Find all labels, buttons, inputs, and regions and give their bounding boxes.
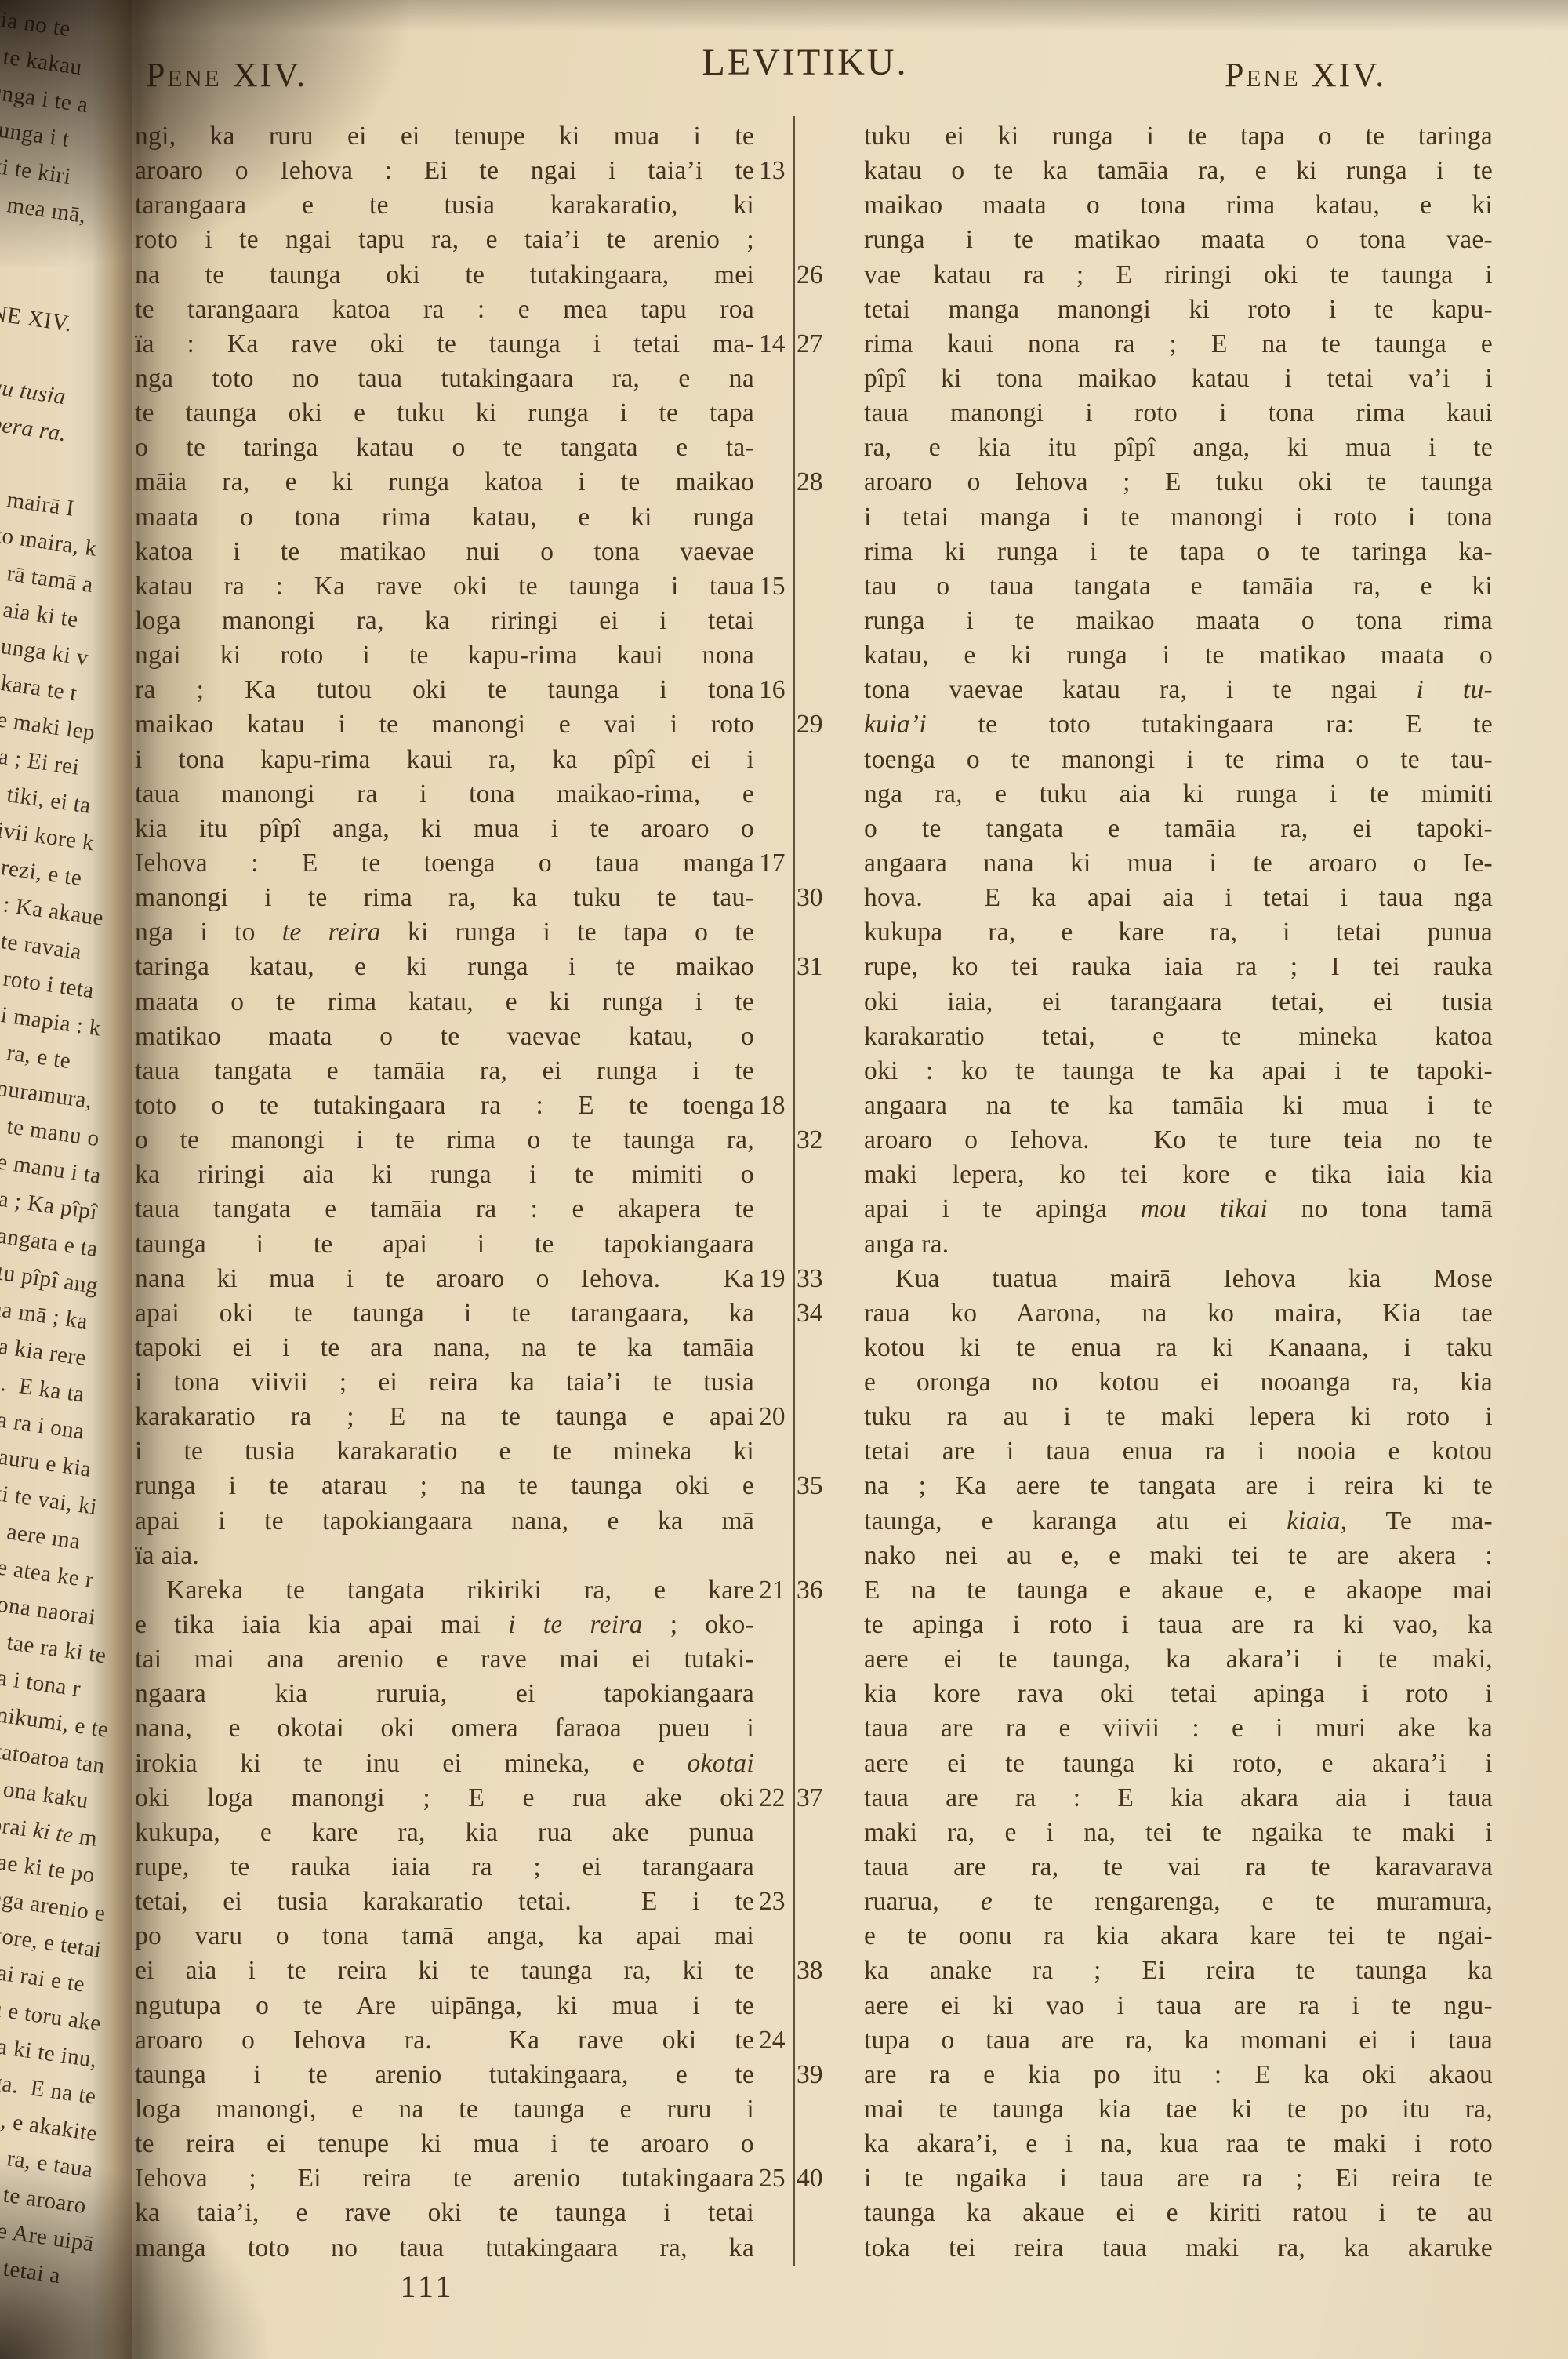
verse-number: 38 <box>797 1954 847 1988</box>
scanned-book-page: eia no tei te kakauunga i te arunga i tk… <box>0 0 1568 2359</box>
verse-text: E na te taunga e akaue e, e akaope mai <box>864 1576 1493 1605</box>
verse-text: irokia ki te inu ei mineka, e okotai <box>135 1749 754 1778</box>
verse-number: 34 <box>797 1296 847 1331</box>
text-line: hova. E ka apai aia i tetai i taua nga30 <box>864 881 1493 915</box>
text-line: ka riringi aia ki runga i te mimiti o <box>135 1158 754 1192</box>
text-line: tetai, ei tusia karakaratio tetai. E i t… <box>135 1885 754 1919</box>
verse-text: kia itu pîpî anga, ki mua i te aroaro o <box>135 814 754 843</box>
text-line: kotou ki te enua ra ki Kanaana, i taku <box>864 1331 1493 1365</box>
verse-text: runga i te atarau ; na te taunga oki e <box>135 1471 754 1500</box>
verse-text: tona vaevae katau ra, i te ngai i tu- <box>864 675 1493 704</box>
verse-text: apai i te apinga mou tikai no tona tamā <box>864 1194 1493 1223</box>
verse-text: aere ei ki vao i taua are ra i te ngu- <box>864 1991 1493 2020</box>
verse-text: raua ko Aarona, na ko maira, Kia tae <box>864 1299 1493 1328</box>
text-line: tona vaevae katau ra, i te ngai i tu- <box>864 673 1493 707</box>
text-line: katau o te ka tamāia ra, e ki runga i te <box>864 154 1493 188</box>
verse-text: nana ki mua i te aroaro o Iehova. Ka <box>135 1264 754 1293</box>
text-line: aere ei te taunga, ka akara’i i te maki, <box>864 1642 1493 1677</box>
verse-number: 24 <box>759 2023 806 2058</box>
text-line: runga i te matikao maata o tona vae- <box>864 223 1493 257</box>
text-line: ei aia i te reira ki te taunga ra, ki te <box>135 1954 754 1988</box>
verse-text: o te tangata e tamāia ra, ei tapoki- <box>864 814 1493 843</box>
verse-number: 28 <box>797 465 847 500</box>
verse-text: taunga i te arenio tutakingaara, e te <box>135 2060 754 2089</box>
verse-text: tuku ra au i te maki lepera ki roto i <box>864 1402 1493 1431</box>
verse-number: 17 <box>759 846 806 881</box>
text-line: loga manongi, e na te taunga e ruru i <box>135 2092 754 2127</box>
verse-text: te reira ei tenupe ki mua i te aroaro o <box>135 2129 754 2158</box>
verse-number: 31 <box>797 950 847 984</box>
verse-text: na te taunga oki te tutakingaara, mei <box>135 260 754 289</box>
text-line: ïa : Ka rave oki te taunga i tetai ma-14 <box>135 327 754 362</box>
text-line: te apinga i roto i taua are ra ki vao, k… <box>864 1608 1493 1642</box>
verse-number: 18 <box>759 1089 806 1123</box>
text-line: na te taunga oki te tutakingaara, mei <box>135 258 754 293</box>
verse-text: maki ra, e i na, tei te ngaika te maki i <box>864 1818 1493 1847</box>
text-line: irokia ki te inu ei mineka, e okotai <box>135 1747 754 1781</box>
text-line: taunga, e karanga atu ei kiaia, Te ma- <box>864 1504 1493 1539</box>
verse-text: Kareka te tangata rikiriki ra, e kare <box>166 1576 754 1605</box>
verse-text: anga ra. <box>864 1230 949 1259</box>
text-line: anga ra. <box>864 1227 1493 1262</box>
facing-page-edge: eia no tei te kakauunga i te arunga i tk… <box>0 0 132 2359</box>
verse-text: ka taia’i, e rave oki te taunga i tetai <box>135 2198 754 2227</box>
verse-text: Kua tuatua mairā Iehova kia Mose <box>895 1264 1493 1293</box>
text-line: aere ei te taunga ki roto, e akara’i i <box>864 1747 1493 1781</box>
verse-text: are ra e kia po itu : E ka oki akaou <box>864 2060 1493 2089</box>
text-line: o te tangata e tamāia ra, ei tapoki- <box>864 812 1493 846</box>
text-line: nga i to te reira ki runga i te tapa o t… <box>135 915 754 950</box>
photo-vignette-top <box>0 0 1568 31</box>
text-line: taua tangata e tamāia ra : e akapera te <box>135 1192 754 1227</box>
text-line: tapoki ei i te ara nana, na te ka tamāia <box>135 1331 754 1365</box>
verse-text: ka anake ra ; Ei reira te taunga ka <box>864 1956 1493 1985</box>
text-line: roto i te ngai tapu ra, e taia’i te aren… <box>135 223 754 257</box>
text-line: ïa aia. <box>135 1539 754 1573</box>
verse-text: nga i to te reira ki runga i te tapa o t… <box>135 918 754 947</box>
verse-text: tai mai ana arenio e rave mai ei tutaki- <box>135 1645 754 1674</box>
verse-text: manga toto no taua tutakingaara ra, ka <box>135 2234 754 2263</box>
verse-text: e oronga no kotou ei nooanga ra, kia <box>864 1368 1493 1397</box>
running-head-right: Pene XIV. <box>1225 55 1386 95</box>
text-line: e te oonu ra kia akara kare tei te ngai- <box>864 1919 1493 1954</box>
text-line: maata o te rima katau, e ki runga i te <box>135 985 754 1020</box>
text-line: kukupa ra, e kare ra, i tetai punua <box>864 915 1493 950</box>
verse-text: na ; Ka aere te tangata are i reira ki t… <box>864 1471 1493 1500</box>
verse-number: 30 <box>797 881 847 915</box>
text-line: o te manongi i te rima o te taunga ra, <box>135 1123 754 1158</box>
verse-text: katau, e ki runga i te matikao maata o <box>864 641 1493 670</box>
verse-text: nga toto no taua tutakingaara ra, e na <box>135 364 754 393</box>
text-line: oki iaia, ei tarangaara tetai, ei tusia <box>864 985 1493 1020</box>
text-line: ngai ki roto i te kapu-rima kaui nona <box>135 638 754 673</box>
text-line: katau, e ki runga i te matikao maata o <box>864 638 1493 673</box>
verse-text: i te tusia karakaratio e te mineka ki <box>135 1437 754 1466</box>
text-line: runga i te maikao maata o tona rima <box>864 604 1493 638</box>
verse-text: tetai manga manongi ki roto i te kapu- <box>864 295 1493 324</box>
text-line: tupa o taua are ra, ka momani ei i taua <box>864 2023 1493 2058</box>
text-line: E na te taunga e akaue e, e akaope mai36 <box>864 1573 1493 1608</box>
verse-text: taua manongi i roto i tona rima kaui <box>864 398 1493 427</box>
text-line: tai mai ana arenio e rave mai ei tutaki- <box>135 1642 754 1677</box>
verse-text: e te oonu ra kia akara kare tei te ngai- <box>864 1921 1493 1950</box>
text-line: aere ei ki vao i taua are ra i te ngu- <box>864 1989 1493 2023</box>
verse-text: oki : ko te taunga te ka apai i te tapok… <box>864 1056 1493 1085</box>
text-line: taringa katau, e ki runga i te maikao <box>135 950 754 984</box>
verse-text: taunga ka akaue ei e kiriti ratou i te a… <box>864 2198 1493 2227</box>
verse-number: 37 <box>797 1781 847 1816</box>
text-line: rupe, ko tei rauka iaia ra ; I tei rauka… <box>864 950 1493 984</box>
book-title: LEVITIKU. <box>674 41 936 84</box>
text-line: ra ; Ka tutou oki te taunga i tona16 <box>135 673 754 707</box>
verse-text: aroaro o Iehova ra. Ka rave oki te <box>135 2026 754 2055</box>
text-line: angaara nana ki mua i te aroaro o Ie- <box>864 846 1493 881</box>
text-line: apai i te apinga mou tikai no tona tamā <box>864 1192 1493 1227</box>
verse-text: te taunga oki e tuku ki runga i te tapa <box>135 398 754 427</box>
text-line: nana, e okotai oki omera faraoa pueu i <box>135 1711 754 1746</box>
verse-text: vae katau ra ; E riringi oki te taunga i <box>864 260 1493 289</box>
verse-text: tau o taua tangata e tamāia ra, e ki <box>864 572 1493 601</box>
verse-text: o te taringa katau o te tangata e ta- <box>135 433 754 462</box>
verse-text: Iehova : E te toenga o taua manga <box>135 849 754 878</box>
verse-text: taua tangata e tamāia ra, ei runga i te <box>135 1056 754 1085</box>
verse-text: runga i te matikao maata o tona vae- <box>864 225 1493 254</box>
text-line: nga toto no taua tutakingaara ra, e na <box>135 362 754 396</box>
text-line: nga ra, e tuku aia ki runga i te mimiti <box>864 777 1493 812</box>
verse-text: i tetai manga i te manongi i roto i tona <box>864 503 1493 532</box>
verse-text: ngaara kia ruruia, ei tapokiangaara <box>135 1679 754 1708</box>
text-line: maata o tona rima katau, e ki runga <box>135 500 754 535</box>
text-line: i tetai manga i te manongi i roto i tona <box>864 500 1493 535</box>
text-line: aroaro o Iehova. Ko te ture teia no te32 <box>864 1123 1493 1158</box>
verse-text: rima kaui nona ra ; E na te taunga e <box>864 329 1493 358</box>
text-line: taunga i te arenio tutakingaara, e te <box>135 2058 754 2092</box>
verse-text: po varu o tona tamā anga, ka apai mai <box>135 1921 754 1950</box>
verse-text: rupe, ko tei rauka iaia ra ; I tei rauka <box>864 952 1493 981</box>
text-line: loga manongi ra, ka riringi ei i tetai <box>135 604 754 638</box>
verse-text: aroaro o Iehova : Ei te ngai i taia’i te <box>135 156 754 185</box>
text-line: i tona viivii ; ei reira ka taia’i te tu… <box>135 1365 754 1400</box>
text-line: te tarangaara katoa ra : e mea tapu roa <box>135 293 754 327</box>
verse-text: maikao katau i te manongi e vai i roto <box>135 710 754 739</box>
column-divider-rule <box>793 116 795 2266</box>
verse-number: 27 <box>797 327 847 362</box>
text-line: o te taringa katau o te tangata e ta- <box>135 431 754 465</box>
verse-text: toenga o te manongi i te rima o te tau- <box>864 745 1493 774</box>
verse-text: hova. E ka apai aia i tetai i taua nga <box>864 883 1493 912</box>
running-head-left: Pene XIV. <box>146 55 307 95</box>
verse-text: taua are ra : E kia akara aia i taua <box>864 1783 1493 1812</box>
text-line: maikao maata o tona rima katau, e ki <box>864 188 1493 223</box>
verse-text: taringa katau, e ki runga i te maikao <box>135 952 754 981</box>
verse-number: 26 <box>797 258 847 293</box>
verse-text: ka akara’i, e i na, kua raa te maki i ro… <box>864 2129 1493 2158</box>
text-line: taua are ra e viivii : e i muri ake ka <box>864 1711 1493 1746</box>
verse-text: taua are ra e viivii : e i muri ake ka <box>864 1714 1493 1743</box>
verse-text: karakaratio tetai, e te mineka katoa <box>864 1022 1493 1051</box>
text-line: taunga ka akaue ei e kiriti ratou i te a… <box>864 2196 1493 2230</box>
text-line: rupe, te rauka iaia ra ; ei tarangaara <box>135 1850 754 1885</box>
verse-text: katoa i te matikao nui o tona vaevae <box>135 537 754 566</box>
text-column-left: ngi, ka ruru ei ei tenupe ki mua i tearo… <box>135 119 754 2266</box>
verse-text: ïa : Ka rave oki te taunga i tetai ma- <box>135 329 754 358</box>
verse-text: toka tei reira taua maki ra, ka akaruke <box>864 2234 1493 2263</box>
verse-text: oki loga manongi ; E e rua ake oki <box>135 1783 754 1812</box>
verse-text: kukupa ra, e kare ra, i tetai punua <box>864 918 1493 947</box>
verse-text: apai oki te taunga i te tarangaara, ka <box>135 1299 754 1328</box>
verse-text: aroaro o Iehova. Ko te ture teia no te <box>864 1125 1493 1154</box>
verse-text: runga i te maikao maata o tona rima <box>864 606 1493 635</box>
text-line: karakaratio tetai, e te mineka katoa <box>864 1020 1493 1054</box>
verse-text: mai te taunga kia tae ki te po itu ra, <box>864 2095 1493 2124</box>
text-line: aroaro o Iehova ; E tuku oki te taunga28 <box>864 465 1493 500</box>
verse-text: maata o te rima katau, e ki runga i te <box>135 987 754 1016</box>
verse-number: 35 <box>797 1469 847 1503</box>
text-line: oki loga manongi ; E e rua ake oki22 <box>135 1781 754 1816</box>
text-line: kuia’i te toto tutakingaara ra: E te29 <box>864 707 1493 742</box>
text-line: ngi, ka ruru ei ei tenupe ki mua i te <box>135 119 754 154</box>
text-line: Kareka te tangata rikiriki ra, e kare21 <box>135 1573 754 1608</box>
verse-text: pîpî ki tona maikao katau i tetai va’i i <box>864 364 1493 393</box>
text-line: toenga o te manongi i te rima o te tau- <box>864 743 1493 777</box>
text-line: na ; Ka aere te tangata are i reira ki t… <box>864 1469 1493 1503</box>
verse-text: o te manongi i te rima o te taunga ra, <box>135 1125 754 1154</box>
verse-text: ïa aia. <box>135 1541 199 1570</box>
text-line: katau ra : Ka rave oki te taunga i taua1… <box>135 569 754 604</box>
verse-text: taua tangata e tamāia ra : e akapera te <box>135 1194 754 1223</box>
verse-number: 16 <box>759 673 806 707</box>
verse-text: loga manongi ra, ka riringi ei i tetai <box>135 606 754 635</box>
text-line: Iehova ; Ei reira te arenio tutakingaara… <box>135 2161 754 2196</box>
text-line: e oronga no kotou ei nooanga ra, kia <box>864 1365 1493 1400</box>
verse-text: ra ; Ka tutou oki te taunga i tona <box>135 675 754 704</box>
text-line: tau o taua tangata e tamāia ra, e ki <box>864 569 1493 604</box>
verse-text: kia kore rava oki tetai apinga i roto i <box>864 1679 1493 1708</box>
verse-text: katau ra : Ka rave oki te taunga i taua <box>135 572 754 601</box>
text-line: kia itu pîpî anga, ki mua i te aroaro o <box>135 812 754 846</box>
verse-text: oki iaia, ei tarangaara tetai, ei tusia <box>864 987 1493 1016</box>
text-line: maikao katau i te manongi e vai i roto <box>135 707 754 742</box>
text-column-right: tuku ei ki runga i te tapa o te taringak… <box>864 119 1493 2266</box>
verse-text: tapoki ei i te ara nana, na te ka tamāia <box>135 1333 754 1362</box>
text-line: taua are ra, te vai ra te karavarava <box>864 1850 1493 1885</box>
text-line: ngaara kia ruruia, ei tapokiangaara <box>135 1677 754 1711</box>
verse-text: manongi i te rima ra, ka tuku te tau- <box>135 883 754 912</box>
text-line: tarangaara e te tusia karakaratio, ki <box>135 188 754 223</box>
text-line: māia ra, e ki runga katoa i te maikao <box>135 465 754 500</box>
text-line: toto o te tutakingaara ra : E te toenga1… <box>135 1089 754 1123</box>
verse-text: i te ngaika i taua are ra ; Ei reira te <box>864 2164 1493 2193</box>
verse-text: i tona kapu-rima kaui ra, ka pîpî ei i <box>135 745 754 774</box>
verse-number: 15 <box>759 569 806 604</box>
verse-number: 13 <box>759 154 806 188</box>
text-line: aroaro o Iehova ra. Ka rave oki te24 <box>135 2023 754 2058</box>
text-line: katoa i te matikao nui o tona vaevae <box>135 535 754 569</box>
text-line: ka anake ra ; Ei reira te taunga ka38 <box>864 1954 1493 1988</box>
text-line: taua are ra : E kia akara aia i taua37 <box>864 1781 1493 1816</box>
text-line: i te ngaika i taua are ra ; Ei reira te4… <box>864 2161 1493 2196</box>
verse-text: aere ei te taunga ki roto, e akara’i i <box>864 1749 1493 1778</box>
text-line: taunga i te apai i te tapokiangaara <box>135 1227 754 1262</box>
text-line: tetai manga manongi ki roto i te kapu- <box>864 293 1493 327</box>
text-line: taua manongi i roto i tona rima kaui <box>864 396 1493 431</box>
verse-text: i tona viivii ; ei reira ka taia’i te tu… <box>135 1368 754 1397</box>
verse-text: karakaratio ra ; E na te taunga e apai <box>135 1402 754 1431</box>
verse-text: kotou ki te enua ra ki Kanaana, i taku <box>864 1333 1493 1362</box>
text-line: rima ki runga i te tapa o te taringa ka- <box>864 535 1493 569</box>
verse-text: tuku ei ki runga i te tapa o te taringa <box>864 122 1493 151</box>
verse-text: toto o te tutakingaara ra : E te toenga <box>135 1091 754 1120</box>
text-line: maki lepera, ko tei kore e tika iaia kia <box>864 1158 1493 1192</box>
text-line: apai oki te taunga i te tarangaara, ka <box>135 1296 754 1331</box>
text-line: nako nei au e, e maki tei te are akera : <box>864 1539 1493 1573</box>
text-line: taua manongi ra i tona maikao-rima, e <box>135 777 754 812</box>
verse-text: māia ra, e ki runga katoa i te maikao <box>135 467 754 496</box>
verse-text: angaara na te ka tamāia ki mua i te <box>864 1091 1493 1120</box>
text-line: karakaratio ra ; E na te taunga e apai20 <box>135 1400 754 1434</box>
text-line: are ra e kia po itu : E ka oki akaou39 <box>864 2058 1493 2092</box>
text-line: e tika iaia kia apai mai i te reira ; ok… <box>135 1608 754 1642</box>
verse-number: 39 <box>797 2058 847 2092</box>
verse-text: aroaro o Iehova ; E tuku oki te taunga <box>864 467 1493 496</box>
verse-text: tetai are i taua enua ra i nooia e kotou <box>864 1437 1493 1466</box>
verse-number: 29 <box>797 707 847 742</box>
verse-text: angaara nana ki mua i te aroaro o Ie- <box>864 849 1493 878</box>
verse-text: loga manongi, e na te taunga e ruru i <box>135 2095 754 2124</box>
verse-number: 23 <box>759 1885 806 1919</box>
text-line: rima kaui nona ra ; E na te taunga e27 <box>864 327 1493 362</box>
text-line: te reira ei tenupe ki mua i te aroaro o <box>135 2127 754 2161</box>
verse-text: tetai, ei tusia karakaratio tetai. E i t… <box>135 1887 754 1916</box>
verse-text: ka riringi aia ki runga i te mimiti o <box>135 1160 754 1189</box>
text-line: kukupa, e kare ra, kia rua ake punua <box>135 1816 754 1850</box>
verse-text: te apinga i roto i taua are ra ki vao, k… <box>864 1610 1493 1639</box>
text-line: aroaro o Iehova : Ei te ngai i taia’i te… <box>135 154 754 188</box>
text-line: raua ko Aarona, na ko maira, Kia tae34 <box>864 1296 1493 1331</box>
verse-text: ei aia i te reira ki te taunga ra, ki te <box>135 1956 754 1985</box>
text-line: matikao maata o te vaevae katau, o <box>135 1020 754 1054</box>
verse-text: taunga i te apai i te tapokiangaara <box>135 1230 754 1259</box>
text-line: oki : ko te taunga te ka apai i te tapok… <box>864 1054 1493 1089</box>
text-line: pîpî ki tona maikao katau i tetai va’i i <box>864 362 1493 396</box>
verse-text: ngi, ka ruru ei ei tenupe ki mua i te <box>135 122 754 151</box>
verse-text: taua manongi ra i tona maikao-rima, e <box>135 780 754 809</box>
verse-text: ngai ki roto i te kapu-rima kaui nona <box>135 641 754 670</box>
text-line: i te tusia karakaratio e te mineka ki <box>135 1434 754 1469</box>
verse-number: 36 <box>797 1573 847 1608</box>
text-line: runga i te atarau ; na te taunga oki e <box>135 1469 754 1503</box>
text-line: ngutupa o te Are uipānga, ki mua i te <box>135 1989 754 2023</box>
verse-text: maki lepera, ko tei kore e tika iaia kia <box>864 1160 1493 1189</box>
text-line: vae katau ra ; E riringi oki te taunga i… <box>864 258 1493 293</box>
text-line: ka taia’i, e rave oki te taunga i tetai <box>135 2196 754 2230</box>
verse-text: rima ki runga i te tapa o te taringa ka- <box>864 537 1493 566</box>
verse-text: Iehova ; Ei reira te arenio tutakingaara <box>135 2164 754 2193</box>
verse-text: apai i te tapokiangaara nana, e ka mā <box>135 1507 754 1536</box>
text-line: Iehova : E te toenga o taua manga17 <box>135 846 754 881</box>
verse-text: matikao maata o te vaevae katau, o <box>135 1022 754 1051</box>
facing-page-text-fragments: eia no tei te kakauunga i te arunga i tk… <box>0 0 132 2285</box>
text-line: tuku ra au i te maki lepera ki roto i <box>864 1400 1493 1434</box>
text-line: nana ki mua i te aroaro o Iehova. Ka19 <box>135 1262 754 1296</box>
verse-number: 32 <box>797 1123 847 1158</box>
text-line: tetai are i taua enua ra i nooia e kotou <box>864 1434 1493 1469</box>
verse-text: e tika iaia kia apai mai i te reira ; ok… <box>135 1610 754 1639</box>
verse-text: ngutupa o te Are uipānga, ki mua i te <box>135 1991 754 2020</box>
verse-text: roto i te ngai tapu ra, e taia’i te aren… <box>135 225 754 254</box>
verse-text: tupa o taua are ra, ka momani ei i taua <box>864 2026 1493 2055</box>
verse-text: ruarua, e te rengarenga, e te muramura, <box>864 1887 1493 1916</box>
text-line: te taunga oki e tuku ki runga i te tapa <box>135 396 754 431</box>
text-line: ka akara’i, e i na, kua raa te maki i ro… <box>864 2127 1493 2161</box>
page-number: 111 <box>357 2268 498 2305</box>
text-line: apai i te tapokiangaara nana, e ka mā <box>135 1504 754 1539</box>
verse-text: nana, e okotai oki omera faraoa pueu i <box>135 1714 754 1743</box>
verse-text: taunga, e karanga atu ei kiaia, Te ma- <box>864 1507 1493 1536</box>
verse-text: te tarangaara katoa ra : e mea tapu roa <box>135 295 754 324</box>
text-line: Kua tuatua mairā Iehova kia Mose33 <box>864 1262 1493 1296</box>
verse-text: nga ra, e tuku aia ki runga i te mimiti <box>864 780 1493 809</box>
text-line: maki ra, e i na, tei te ngaika te maki i <box>864 1816 1493 1850</box>
verse-number: 20 <box>759 1400 806 1434</box>
text-line: i tona kapu-rima kaui ra, ka pîpî ei i <box>135 743 754 777</box>
text-line: tuku ei ki runga i te tapa o te taringa <box>864 119 1493 154</box>
text-line: kia kore rava oki tetai apinga i roto i <box>864 1677 1493 1711</box>
verse-text: maikao maata o tona rima katau, e ki <box>864 191 1493 220</box>
verse-text: nako nei au e, e maki tei te are akera : <box>864 1541 1493 1570</box>
verse-text: taua are ra, te vai ra te karavarava <box>864 1852 1493 1881</box>
text-line: toka tei reira taua maki ra, ka akaruke <box>864 2231 1493 2266</box>
text-line: mai te taunga kia tae ki te po itu ra, <box>864 2092 1493 2127</box>
verse-text: katau o te ka tamāia ra, e ki runga i te <box>864 156 1493 185</box>
verse-text: kuia’i te toto tutakingaara ra: E te <box>864 710 1493 739</box>
text-line: manga toto no taua tutakingaara ra, ka <box>135 2231 754 2266</box>
verse-text: kukupa, e kare ra, kia rua ake punua <box>135 1818 754 1847</box>
text-line: po varu o tona tamā anga, ka apai mai <box>135 1919 754 1954</box>
verse-text: tarangaara e te tusia karakaratio, ki <box>135 191 754 220</box>
verse-text: rupe, te rauka iaia ra ; ei tarangaara <box>135 1852 754 1881</box>
verse-text: ra, e kia itu pîpî anga, ki mua i te <box>864 433 1493 462</box>
text-line: ra, e kia itu pîpî anga, ki mua i te <box>864 431 1493 465</box>
verse-number: 33 <box>797 1262 847 1296</box>
text-line: angaara na te ka tamāia ki mua i te <box>864 1089 1493 1123</box>
verse-text: aere ei te taunga, ka akara’i i te maki, <box>864 1645 1493 1674</box>
verse-number: 40 <box>797 2161 847 2196</box>
verse-text: maata o tona rima katau, e ki runga <box>135 503 754 532</box>
text-line: ruarua, e te rengarenga, e te muramura, <box>864 1885 1493 1919</box>
text-line: manongi i te rima ra, ka tuku te tau- <box>135 881 754 915</box>
text-line: taua tangata e tamāia ra, ei runga i te <box>135 1054 754 1089</box>
